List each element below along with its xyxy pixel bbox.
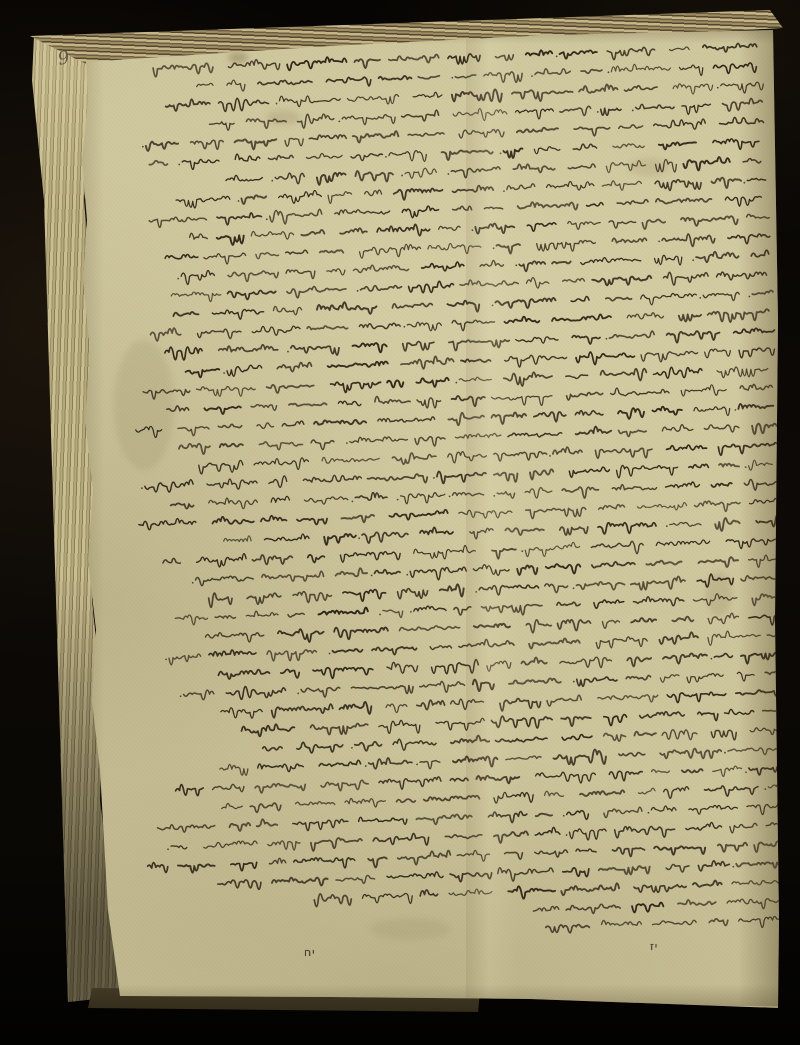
folio-mark-right: יז bbox=[650, 940, 658, 953]
folio-mark-left: יח bbox=[304, 946, 316, 959]
photographed-book-scene: 9 יז יח bbox=[0, 0, 800, 1045]
manuscript-page bbox=[30, 20, 782, 1020]
handwritten-text-block bbox=[30, 20, 782, 1020]
